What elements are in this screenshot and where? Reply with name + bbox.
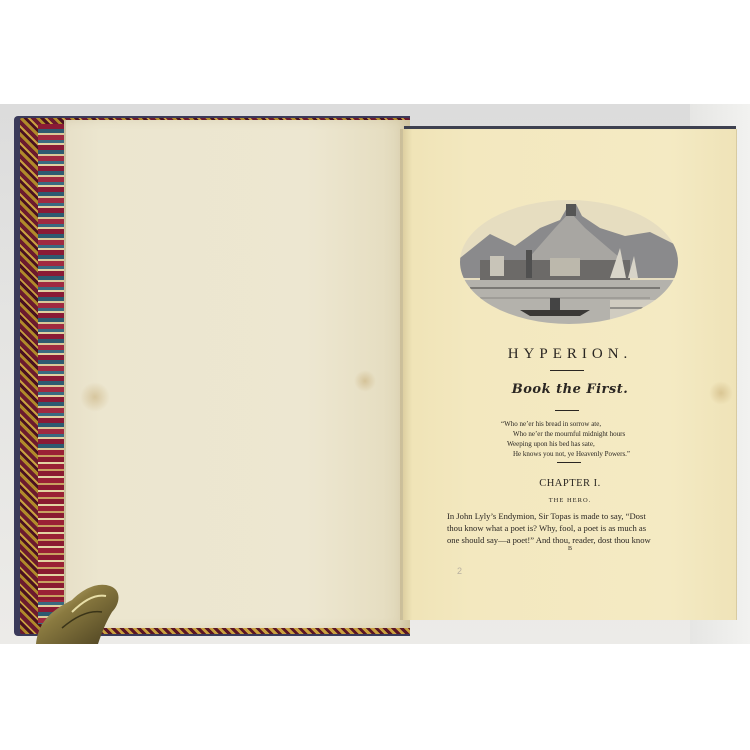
epigraph-verse: “Who ne’er his bread in sorrow ate, Who … (501, 419, 630, 459)
epigraph-line: Weeping upon his bed has sate, (501, 439, 630, 449)
body-line: In John Lyly’s Endymion, Sir Topas is ma… (447, 510, 695, 522)
pencil-annotation: 2 (457, 566, 462, 576)
foxing-stain (354, 370, 376, 392)
foxing-stain (80, 382, 110, 412)
chapter-heading: CHAPTER I. (403, 478, 737, 489)
signature-mark: B (403, 546, 737, 552)
epigraph-line: Who ne’er the mournful midnight hours (501, 429, 630, 439)
book-title: HYPERION. (403, 346, 737, 363)
brass-hand-page-holder (32, 582, 124, 644)
epigraph-line: “Who ne’er his bread in sorrow ate, (501, 419, 630, 429)
chapter-subtitle: THE HERO. (403, 497, 737, 504)
epigraph-line: He knows you not, ye Heavenly Powers.” (501, 449, 630, 459)
body-line: thou know what a poet is? Why, fool, a p… (447, 522, 695, 534)
heading-divider-rule (555, 410, 579, 411)
engraved-vignette-illustration (460, 198, 678, 326)
book-section-heading: Book the First. (403, 382, 737, 397)
title-divider-rule (550, 370, 584, 371)
left-page-flyleaf (64, 120, 410, 628)
body-text: In John Lyly’s Endymion, Sir Topas is ma… (447, 510, 695, 546)
epigraph-divider-rule (557, 462, 581, 463)
body-line: one should say—a poet!” And thou, reader… (447, 534, 695, 546)
